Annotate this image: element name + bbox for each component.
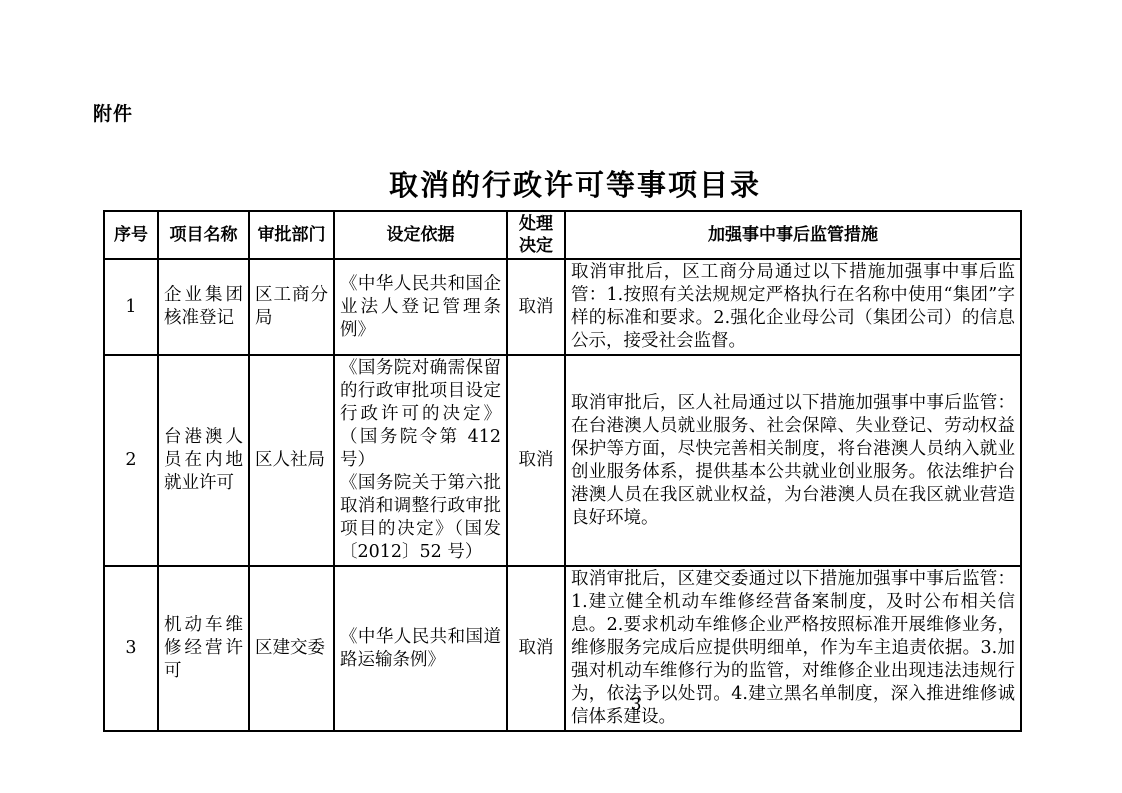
page-number: 3 [616, 695, 656, 715]
cell-decision: 取消 [507, 566, 565, 731]
cell-index: 2 [104, 355, 158, 566]
col-header-decision: 处理决定 [507, 211, 565, 259]
attachment-label: 附件 [93, 99, 133, 126]
cell-index: 3 [104, 566, 158, 731]
cell-name: 企业集团核准登记 [158, 259, 249, 355]
table-row: 1 企业集团核准登记 区工商分局 《中华人民共和国企业法人登记管理条例》 取消 … [104, 259, 1021, 355]
cell-index: 1 [104, 259, 158, 355]
cell-department: 区人社局 [249, 355, 334, 566]
cancelled-licenses-table: 序号 项目名称 审批部门 设定依据 处理决定 加强事中事后监管措施 1 企业集团… [103, 210, 1022, 732]
page-title: 取消的行政许可等事项目录 [14, 163, 1122, 204]
col-header-basis: 设定依据 [334, 211, 507, 259]
cell-basis: 《中华人民共和国企业法人登记管理条例》 [334, 259, 507, 355]
table-row: 2 台港澳人员在内地就业许可 区人社局 《国务院对确需保留的行政审批项目设定行政… [104, 355, 1021, 566]
cell-department: 区工商分局 [249, 259, 334, 355]
cell-name: 台港澳人员在内地就业许可 [158, 355, 249, 566]
cell-measures: 取消审批后，区人社局通过以下措施加强事中事后监管：在台港澳人员就业服务、社会保障… [565, 355, 1021, 566]
cell-department: 区建交委 [249, 566, 334, 731]
cell-basis: 《中华人民共和国道路运输条例》 [334, 566, 507, 731]
cell-decision: 取消 [507, 259, 565, 355]
cell-basis: 《国务院对确需保留的行政审批项目设定行政许可的决定》（国务院令第 412 号） … [334, 355, 507, 566]
col-header-name: 项目名称 [158, 211, 249, 259]
col-header-index: 序号 [104, 211, 158, 259]
document-page: 附件 取消的行政许可等事项目录 序号 项目名称 审批部门 设定依据 处理决定 加… [0, 0, 1122, 793]
table-row: 3 机动车维修经营许可 区建交委 《中华人民共和国道路运输条例》 取消 取消审批… [104, 566, 1021, 731]
col-header-department: 审批部门 [249, 211, 334, 259]
cell-name: 机动车维修经营许可 [158, 566, 249, 731]
table-header-row: 序号 项目名称 审批部门 设定依据 处理决定 加强事中事后监管措施 [104, 211, 1021, 259]
col-header-measures: 加强事中事后监管措施 [565, 211, 1021, 259]
cell-measures: 取消审批后，区工商分局通过以下措施加强事中事后监管：1.按照有关法规规定严格执行… [565, 259, 1021, 355]
cell-decision: 取消 [507, 355, 565, 566]
